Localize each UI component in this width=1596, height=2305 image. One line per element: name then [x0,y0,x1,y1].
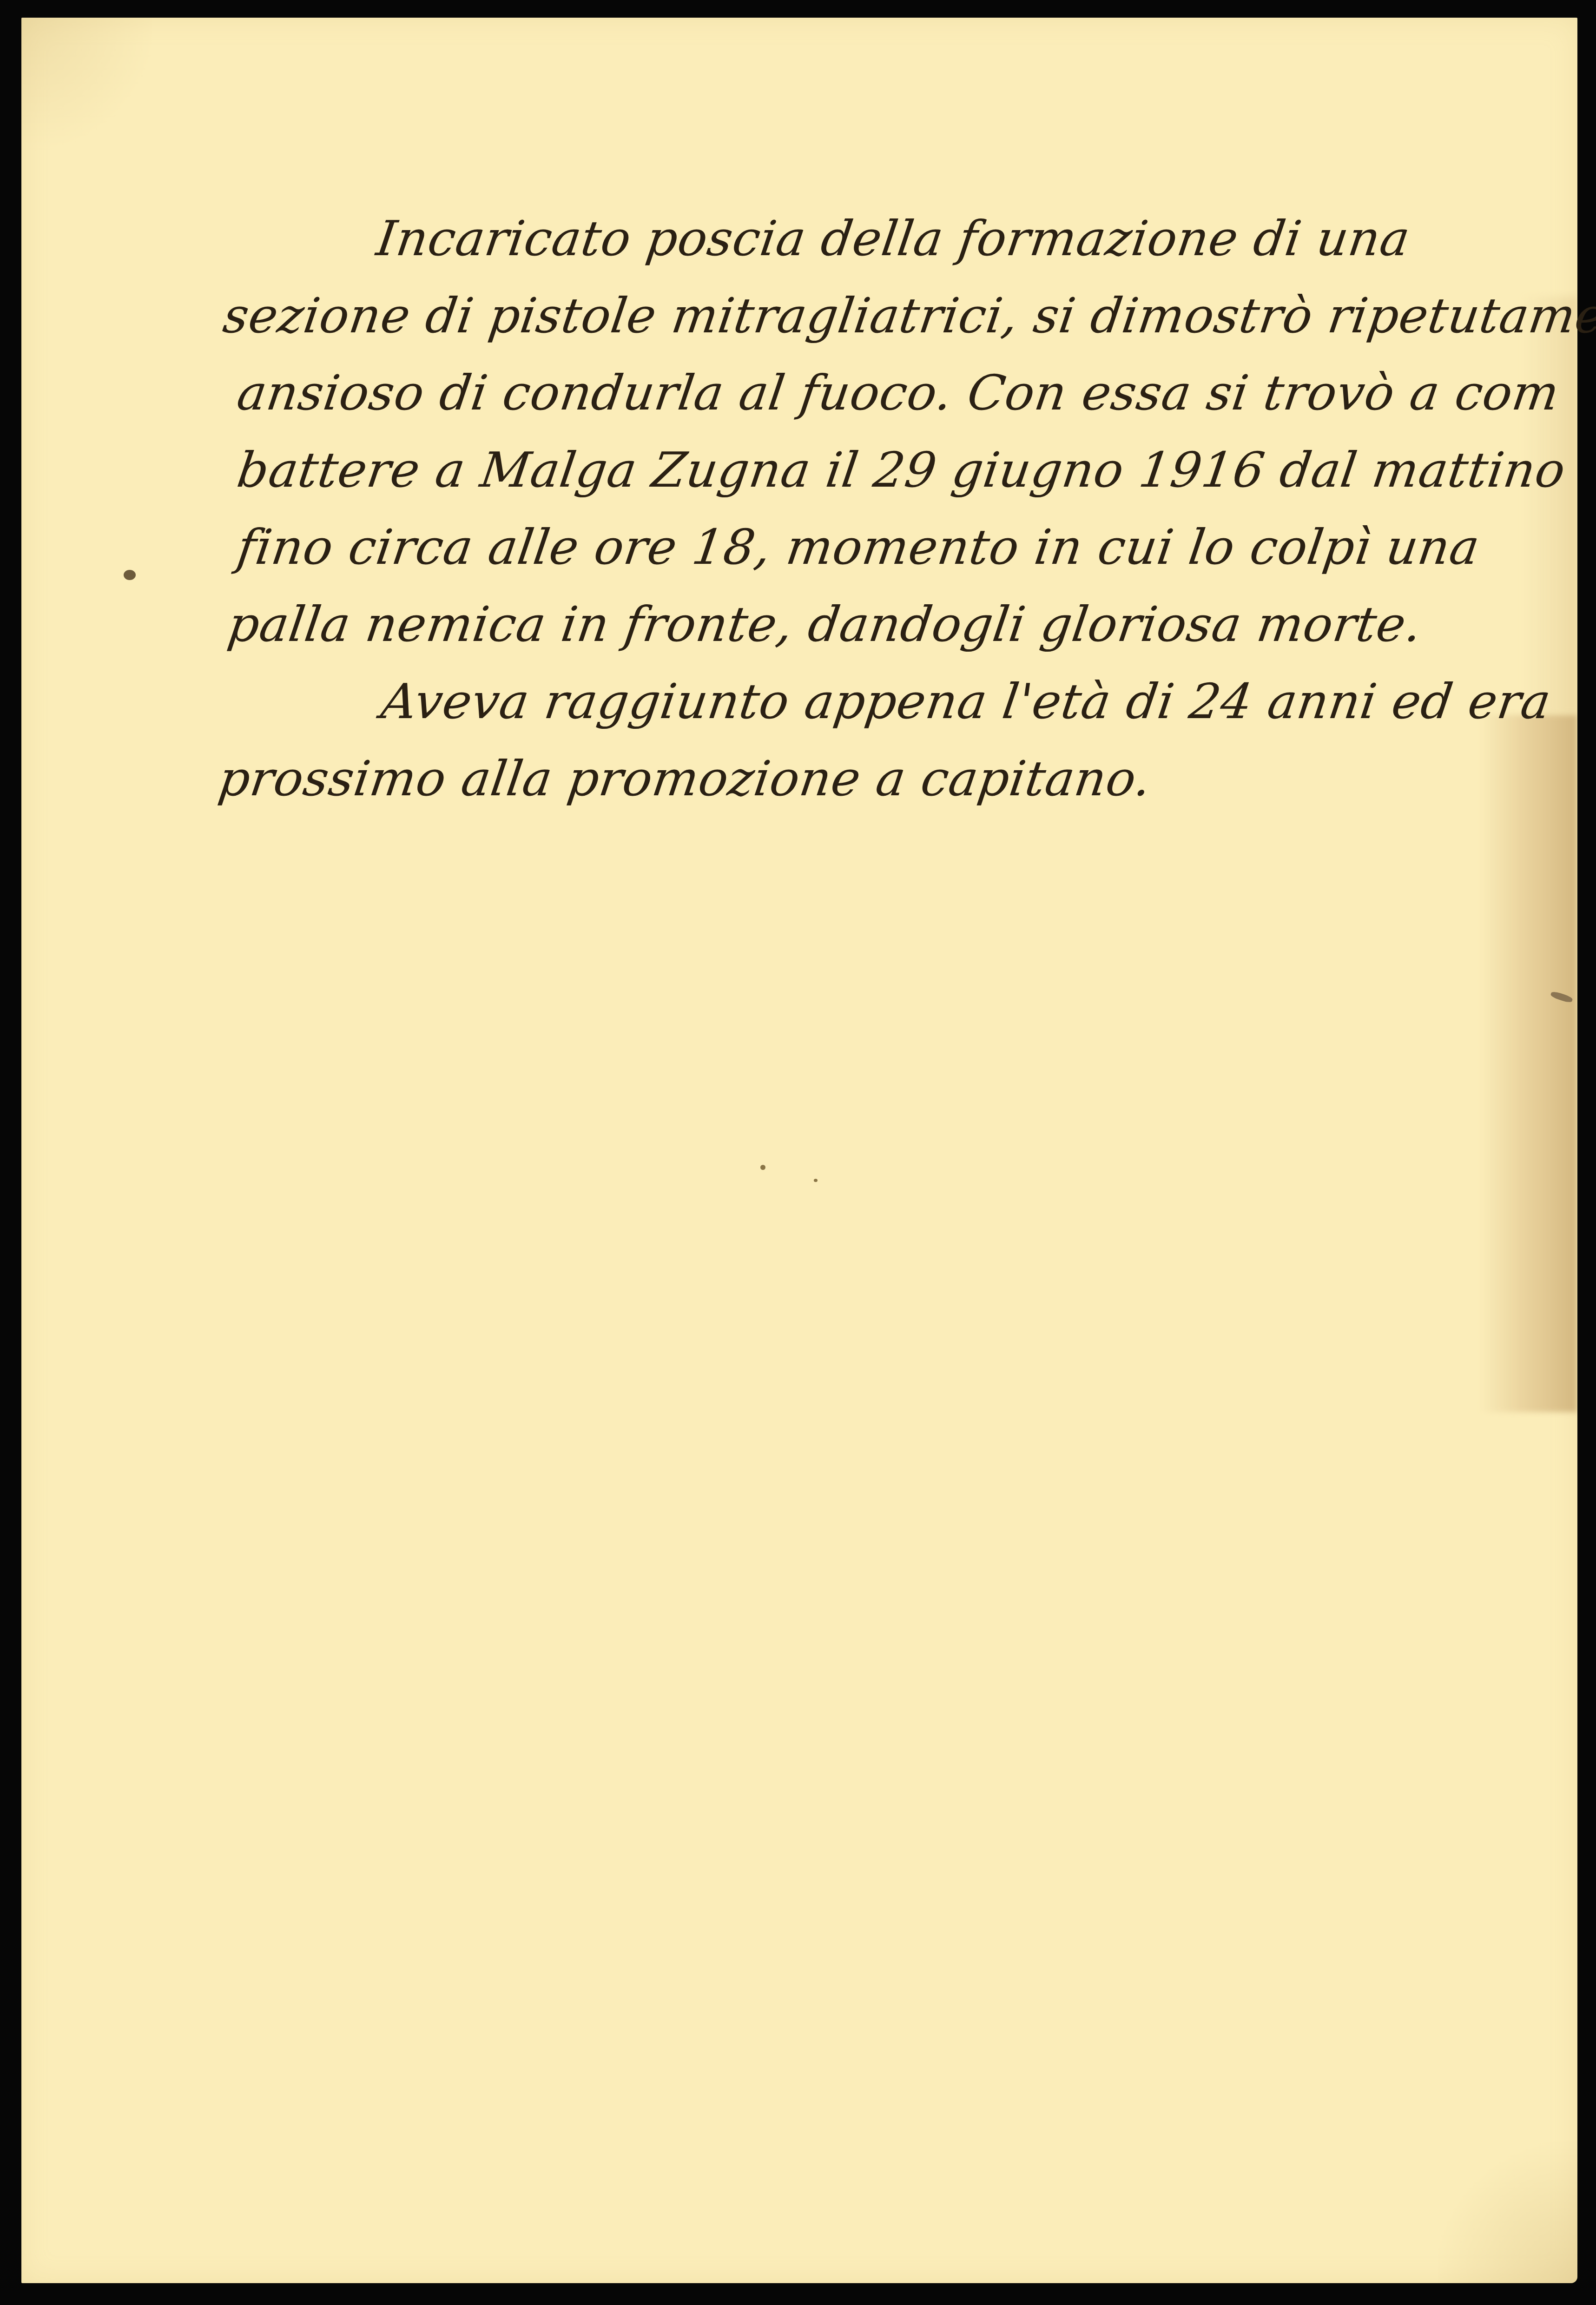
text-line: prossimo alla promozione a capitano. [214,740,1544,817]
paper-wear-bottom-right [1438,2125,1577,2283]
ink-blemish [814,1179,818,1182]
text-line: sezione di pistole mitragliatrici, si di… [218,277,1544,354]
edge-stain-right [1480,715,1577,1412]
text-line: palla nemica in fronte, dandogli glorios… [223,586,1544,663]
text-line: fino circa alle ore 18, momento in cui l… [232,509,1544,586]
text-line: ansioso di condurla al fuoco. Con essa s… [232,354,1544,431]
text-line: Incaricato poscia della formazione di un… [232,200,1544,277]
paragraph-1: Incaricato poscia della formazione di un… [232,200,1534,663]
handwritten-text: Incaricato poscia della formazione di un… [232,200,1534,817]
ink-blemish [124,570,136,580]
ink-blemish [760,1165,765,1170]
text-line: Aveva raggiunto appena l'età di 24 anni … [232,663,1544,740]
paper-wear-top-left [21,18,152,166]
text-line: battere a Malga Zugna il 29 giugno 1916 … [232,431,1544,509]
paragraph-2: Aveva raggiunto appena l'età di 24 anni … [232,663,1534,817]
